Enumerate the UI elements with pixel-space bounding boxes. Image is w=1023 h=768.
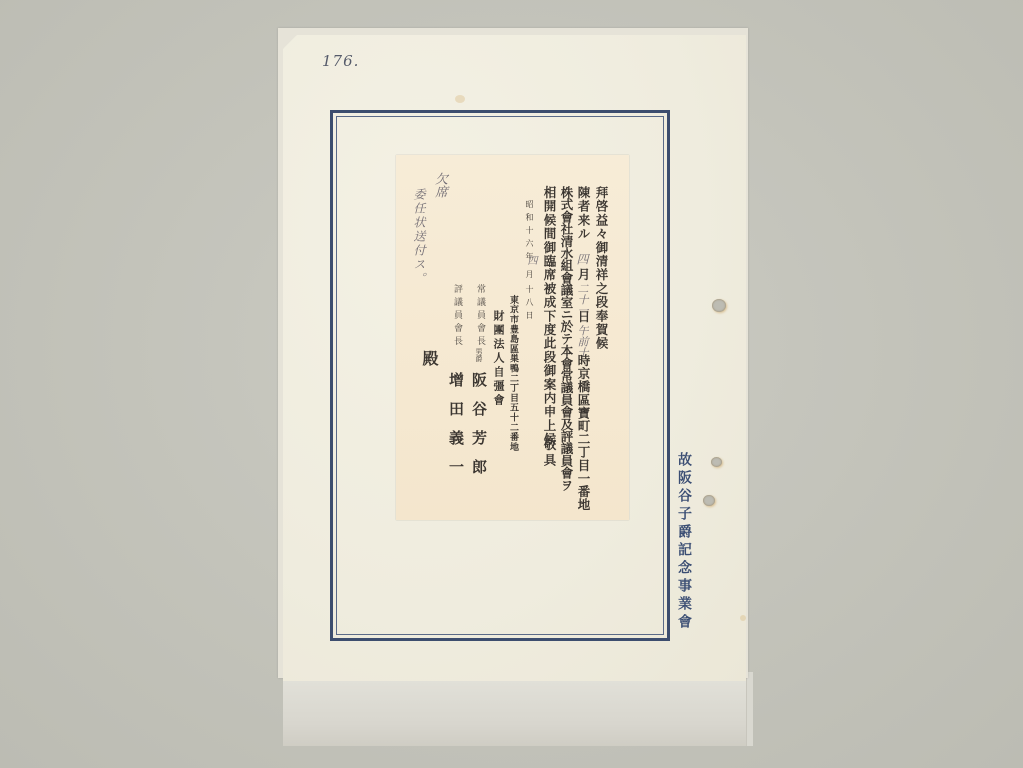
addressee-honorific: 殿 <box>418 350 441 366</box>
tissue-strip <box>698 672 747 746</box>
punch-hole <box>703 495 715 506</box>
tissue-strip <box>383 672 479 746</box>
page-number: 176. <box>322 52 359 70</box>
signatory-1-name: 阪谷芳郎 <box>469 372 490 488</box>
handwritten-date-month: 四 <box>523 255 538 265</box>
card-line-2-start: 陳者来ル <box>574 186 592 241</box>
signatory-2-name: 增田義一 <box>446 372 467 488</box>
tissue-strip <box>603 672 699 746</box>
card-closing: 敬具 <box>540 438 558 469</box>
tissue-strip <box>478 672 564 746</box>
punch-hole <box>711 457 722 467</box>
handwritten-month: 四 <box>574 253 591 265</box>
stain <box>740 615 746 621</box>
card-line-2-end: 時京橋區寶町二丁目一番地 <box>574 354 592 511</box>
handwritten-note-line-2: 委任状送付ス。 <box>411 188 428 286</box>
signatory-2-title: 評議員會長 <box>451 284 464 349</box>
card-line-1: 拜啓益々御清祥之段奉賀候 <box>592 186 610 350</box>
tissue-backing <box>283 672 753 746</box>
punch-hole <box>712 299 726 312</box>
tissue-strip <box>283 672 384 746</box>
sheet-organization-stamp: 故阪谷子爵記念事業會 <box>674 452 694 632</box>
card-line-4: 相開候間御臨席被成下度此段御案内申上候 <box>540 186 558 446</box>
card-line-2-day: 日 <box>574 310 592 324</box>
card-date-month-label: 月 <box>524 270 535 283</box>
card-line-3: 株式會社清水組會議室ニ於テ本會常議員會及評議員會ヲ <box>557 186 575 491</box>
handwritten-note-line-1: 欠席 <box>430 172 449 198</box>
card-line-2-month: 月 <box>574 268 592 282</box>
signatory-1-rank: 男爵 <box>474 348 484 362</box>
tissue-strip <box>563 672 604 746</box>
card-address: 東京市豊島區巣鴨二丁目五十二番地 <box>507 295 520 452</box>
card-date-day: 十八日 <box>524 285 535 324</box>
signatory-1-title: 常議員會長 <box>474 284 487 349</box>
card-organization: 財團法人自彊會 <box>490 310 506 408</box>
stain <box>455 95 465 103</box>
